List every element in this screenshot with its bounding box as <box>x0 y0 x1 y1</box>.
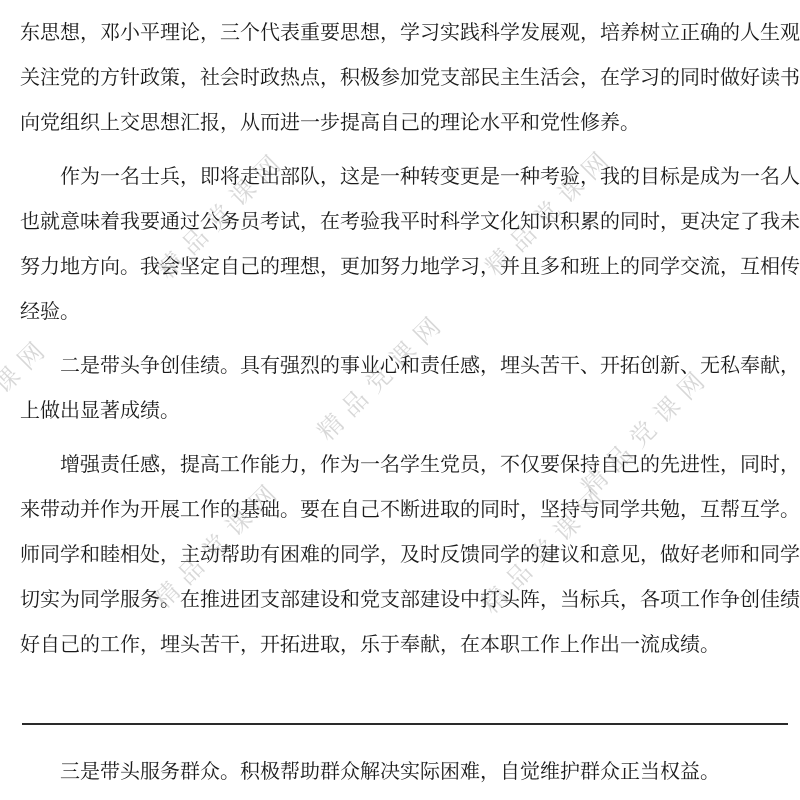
document-content: 东思想，邓小平理论，三个代表重要思想，学习实践科学发展观，培养树立正确的人生观，… <box>0 0 800 794</box>
text-line: 切实为同学服务。在推进团支部建设和党支部建设中打头阵，当标兵，各项工作争创佳绩。… <box>20 577 782 622</box>
paragraph: 增强责任感，提高工作能力，作为一名学生党员，不仅要保持自己的先进性，同时，要用先… <box>20 442 782 667</box>
text-line: 也就意味着我要通过公务员考试，在考验我平时科学文化知识积累的同时，更决定了我未来… <box>20 199 782 244</box>
text-line: 东思想，邓小平理论，三个代表重要思想，学习实践科学发展观，培养树立正确的人生观，… <box>20 10 782 55</box>
text-line: 上做出显著成绩。 <box>20 388 782 433</box>
text-line: 努力地方向。我会坚定自己的理想，更加努力地学习，并且多和班上的同学交流，互相传授… <box>20 244 782 289</box>
text-line: 二是带头争创佳绩。具有强烈的事业心和责任感，埋头苦干、开拓创新、无私奉献，在本职… <box>20 343 782 388</box>
text-line: 关注党的方针政策，社会时政热点，积极参加党支部民主生活会，在学习的同时做好读书笔… <box>20 55 782 100</box>
text-line: 作为一名士兵，即将走出部队，这是一种转变更是一种考验，我的目标是成为一名人民公仆… <box>20 154 782 199</box>
page-divider <box>22 723 788 725</box>
paragraph: 东思想，邓小平理论，三个代表重要思想，学习实践科学发展观，培养树立正确的人生观，… <box>20 10 782 145</box>
text-line: 增强责任感，提高工作能力，作为一名学生党员，不仅要保持自己的先进性，同时，要用先… <box>20 442 782 487</box>
paragraph: 二是带头争创佳绩。具有强烈的事业心和责任感，埋头苦干、开拓创新、无私奉献，在本职… <box>20 343 782 433</box>
paragraph: 作为一名士兵，即将走出部队，这是一种转变更是一种考验，我的目标是成为一名人民公仆… <box>20 154 782 334</box>
text-line: 向党组织上交思想汇报，从而进一步提高自己的理论水平和党性修养。 <box>20 100 782 145</box>
document-body: 东思想，邓小平理论，三个代表重要思想，学习实践科学发展观，培养树立正确的人生观，… <box>20 10 782 667</box>
text-line: 好自己的工作，埋头苦干，开拓进取，乐于奉献，在本职工作上作出一流成绩。 <box>20 622 782 667</box>
text-line: 经验。 <box>20 289 782 334</box>
text-line: 三是带头服务群众。积极帮助群众解决实际困难，自觉维护群众正当权益。 <box>20 749 782 794</box>
document-page: 精品党课网精品党课网精品党课网精品党课网精品党课网精品党课网精品党课网 东思想，… <box>0 0 800 800</box>
paragraph: 三是带头服务群众。积极帮助群众解决实际困难，自觉维护群众正当权益。 <box>20 749 782 794</box>
document-footer-body: 三是带头服务群众。积极帮助群众解决实际困难，自觉维护群众正当权益。 <box>20 749 782 794</box>
text-line: 师同学和睦相处，主动帮助有困难的同学，及时反馈同学的建议和意见，做好老师和同学的… <box>20 532 782 577</box>
text-line: 来带动并作为开展工作的基础。要在自己不断进取的同时，坚持与同学共勉，互帮互学。生… <box>20 487 782 532</box>
